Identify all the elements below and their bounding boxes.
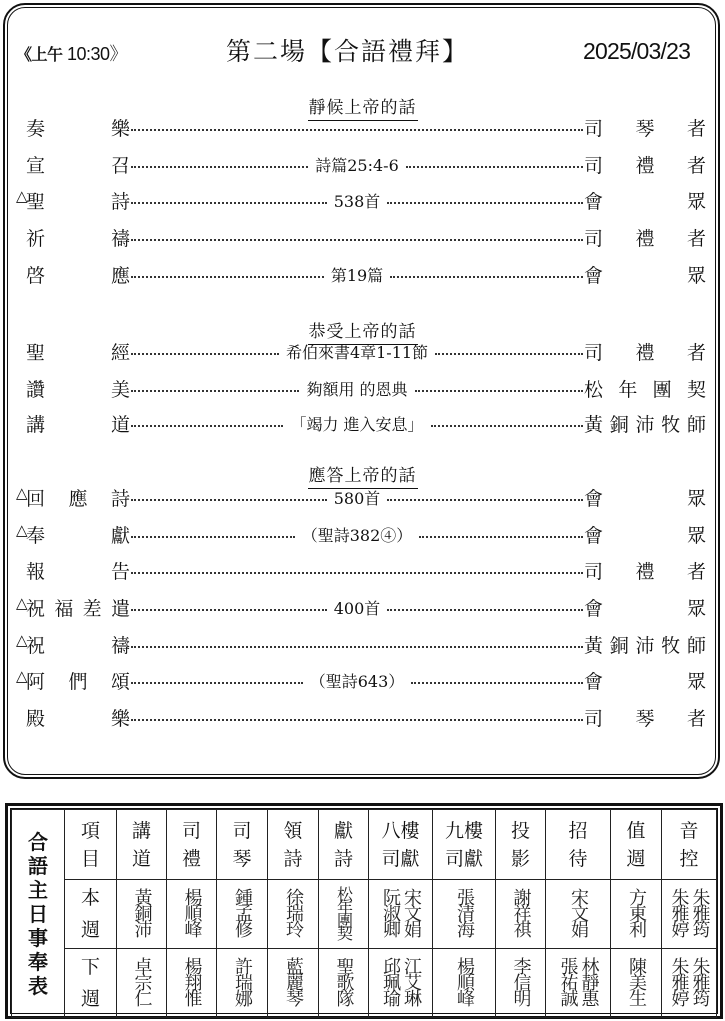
roster-cell: 朱雅筠朱雅婷 (662, 880, 717, 949)
person-name: 松年團契 (336, 886, 352, 938)
person-name: 朱雅筠 (691, 957, 709, 1005)
dot-leader (387, 202, 583, 204)
dot-leader (131, 202, 327, 204)
roster-column-header: 值週 (611, 810, 662, 880)
service-date: 2025/03/23 (583, 38, 690, 65)
person-name: 阮淑卿 (381, 888, 399, 936)
roster-cell: 鍾孟修 (217, 880, 268, 949)
order-item-detail: 第19篇 (325, 263, 389, 286)
roster-cell: 宋文娟阮淑卿 (369, 880, 433, 949)
dot-leader (390, 276, 583, 278)
order-item-detail: 538首 (328, 189, 387, 212)
dot-leader (387, 609, 583, 611)
person-name: 朱雅筠 (691, 888, 709, 936)
roster-column-header: 領詩 (268, 810, 319, 880)
roster-cell: 朱雅筠朱雅婷 (662, 949, 717, 1018)
dot-leader (131, 499, 327, 501)
order-item-role: 會眾 (584, 594, 706, 621)
roster-header-row: 合語主日事奉表項目講道司禮司琴領詩獻詩八樓司獻九樓司獻投影招待值週音控 (12, 810, 717, 880)
roster-cell: 江艾琳邱珮瑜 (369, 949, 433, 1018)
dot-leader (387, 499, 583, 501)
order-item: △聖詩538首會眾 (16, 186, 706, 214)
order-item: △祝福差遣400首會眾 (16, 593, 706, 621)
roster-row-label: 下週 (65, 949, 117, 1018)
roster-cell: 林靜惠張祐誠 (546, 949, 611, 1018)
dot-leader (131, 425, 283, 427)
roster-cell: 聖歌隊 (319, 949, 369, 1018)
roster-cell: 陳美生 (611, 949, 662, 1018)
order-item: △阿們頌（聖詩643）會眾 (16, 666, 706, 694)
order-item: △奉獻（聖詩382④）會眾 (16, 520, 706, 548)
order-item-label: 啓應 (16, 261, 130, 288)
dot-leader (419, 536, 583, 538)
dot-leader (131, 390, 299, 392)
roster-cell: 楊翔惟 (167, 949, 217, 1018)
person-name: 張清海 (455, 888, 473, 936)
person-name: 陳美生 (627, 957, 645, 1005)
person-name: 卓宗仁 (133, 957, 151, 1005)
dot-leader (435, 353, 583, 355)
order-item-role: 司禮者 (584, 224, 706, 251)
roster-cell: 楊順峰 (167, 880, 217, 949)
order-item-label: △阿們頌 (16, 667, 130, 694)
order-item: 讚美夠額用 的恩典松年團契 (16, 374, 706, 402)
order-item: 聖經希伯來書4章1-11節司禮者 (16, 337, 706, 365)
order-item-label: 宣召 (16, 151, 130, 178)
person-name: 林靜惠 (580, 957, 598, 1005)
order-item-detail: 詩篇25:4-6 (309, 153, 405, 176)
order-item-role: 黃銅沛牧師 (584, 631, 706, 658)
dot-leader (131, 719, 583, 721)
dot-leader (411, 682, 583, 684)
roster-cell: 謝祥祺 (496, 880, 546, 949)
person-name: 楊順峰 (183, 888, 201, 936)
roster-column-header: 投影 (496, 810, 546, 880)
order-item-detail: （聖詩382④） (296, 523, 419, 546)
order-item-label: 讚美 (16, 375, 130, 402)
roster-row-this-week: 本週黃銅沛楊順峰鍾孟修徐瑞玲松年團契宋文娟阮淑卿張清海謝祥祺宋文娟方東利朱雅筠朱… (12, 880, 717, 949)
order-item-label: 殿樂 (16, 704, 130, 731)
order-item-role: 司琴者 (584, 114, 706, 141)
roster-title: 合語主日事奉表 (12, 810, 65, 1018)
order-item: △祝禱黃銅沛牧師 (16, 630, 706, 658)
roster-column-header: 音控 (662, 810, 717, 880)
order-item-role: 會眾 (584, 667, 706, 694)
dot-leader (131, 353, 279, 355)
person-name: 李信明 (512, 957, 530, 1005)
roster-table: 合語主日事奉表項目講道司禮司琴領詩獻詩八樓司獻九樓司獻投影招待值週音控本週黃銅沛… (11, 809, 717, 1018)
person-name: 鍾孟修 (233, 888, 251, 936)
dot-leader (415, 390, 583, 392)
dot-leader (406, 166, 583, 168)
ministry-roster: 合語主日事奉表項目講道司禮司琴領詩獻詩八樓司獻九樓司獻投影招待值週音控本週黃銅沛… (5, 803, 723, 1019)
time-value: 10:30》 (63, 44, 128, 64)
order-item-label: 聖經 (16, 338, 130, 365)
order-item: 殿樂司琴者 (16, 703, 706, 731)
order-item-detail: （聖詩643） (304, 669, 411, 692)
roster-column-header: 項目 (65, 810, 117, 880)
dot-leader (131, 239, 583, 241)
roster-column-header: 九樓司獻 (433, 810, 496, 880)
order-item: 講道「竭力 進入安息」黃銅沛牧師 (16, 409, 706, 437)
order-item-detail: 夠額用 的恩典 (300, 377, 413, 400)
dot-leader (131, 536, 295, 538)
dot-leader (431, 425, 583, 427)
person-name: 徐瑞玲 (284, 888, 302, 936)
person-name: 張祐誠 (559, 957, 577, 1005)
person-name: 聖歌隊 (335, 957, 353, 1005)
order-item: 報告司禮者 (16, 556, 706, 584)
order-item-role: 會眾 (584, 261, 706, 288)
order-item-label: △奉獻 (16, 521, 130, 548)
person-name: 宋文娟 (569, 888, 587, 936)
order-item-label: 講道 (16, 410, 130, 437)
roster-cell: 松年團契 (319, 880, 369, 949)
page-title: 第二場【合語禮拜】 (226, 32, 469, 68)
roster-column-header: 司琴 (217, 810, 268, 880)
roster-column-header: 講道 (117, 810, 167, 880)
dot-leader (131, 646, 583, 648)
order-item-role: 會眾 (584, 521, 706, 548)
order-item-role: 黃銅沛牧師 (584, 410, 706, 437)
order-item-role: 會眾 (584, 187, 706, 214)
roster-cell: 張清海 (433, 880, 496, 949)
order-item-label: △祝禱 (16, 631, 130, 658)
person-name: 方東利 (627, 888, 645, 936)
order-item-label: 報告 (16, 557, 130, 584)
roster-row-label: 本週 (65, 880, 117, 949)
order-item-role: 司禮者 (584, 151, 706, 178)
roster-cell: 卓宗仁 (117, 949, 167, 1018)
order-item: 祈禱司禮者 (16, 223, 706, 251)
order-item-label: 奏樂 (16, 114, 130, 141)
order-item-role: 司琴者 (584, 704, 706, 731)
person-name: 宋文娟 (402, 888, 420, 936)
roster-cell: 徐瑞玲 (268, 880, 319, 949)
order-item-detail: 400首 (328, 596, 387, 619)
roster-column-header: 獻詩 (319, 810, 369, 880)
roster-cell: 宋文娟 (546, 880, 611, 949)
roster-column-header: 招待 (546, 810, 611, 880)
order-item-label: △聖詩 (16, 187, 130, 214)
order-item: 啓應第19篇會眾 (16, 260, 706, 288)
person-name: 朱雅婷 (670, 957, 688, 1005)
person-name: 藍麗琴 (284, 957, 302, 1005)
time-prefix: 《上午 (16, 45, 63, 64)
person-name: 謝祥祺 (512, 888, 530, 936)
person-name: 江艾琳 (402, 957, 420, 1005)
roster-cell: 方東利 (611, 880, 662, 949)
order-item-detail: 希伯來書4章1-11節 (280, 340, 434, 363)
order-item: △回應詩580首會眾 (16, 483, 706, 511)
roster-row-next-week: 下週卓宗仁楊翔惟許瑞娜藍麗琴聖歌隊江艾琳邱珮瑜楊順峰李信明林靜惠張祐誠陳美生朱雅… (12, 949, 717, 1018)
person-name: 朱雅婷 (670, 888, 688, 936)
dot-leader (131, 572, 583, 574)
order-item-label: △祝福差遣 (16, 594, 130, 621)
service-time: 《上午 10:30》 (16, 40, 127, 66)
roster-cell: 藍麗琴 (268, 949, 319, 1018)
order-item-role: 司禮者 (584, 557, 706, 584)
person-name: 邱珮瑜 (381, 957, 399, 1005)
order-item-role: 司禮者 (584, 338, 706, 365)
order-item-label: 祈禱 (16, 224, 130, 251)
dot-leader (131, 166, 308, 168)
roster-cell: 李信明 (496, 949, 546, 1018)
roster-column-header: 八樓司獻 (369, 810, 433, 880)
order-item: 宣召詩篇25:4-6司禮者 (16, 150, 706, 178)
person-name: 許瑞娜 (233, 957, 251, 1005)
person-name: 黃銅沛 (133, 888, 151, 936)
order-item-label: △回應詩 (16, 484, 130, 511)
order-item-role: 松年團契 (584, 375, 706, 402)
order-item-detail: 580首 (328, 486, 387, 509)
roster-column-header: 司禮 (167, 810, 217, 880)
roster-cell: 許瑞娜 (217, 949, 268, 1018)
dot-leader (131, 129, 583, 131)
dot-leader (131, 682, 303, 684)
roster-cell: 黃銅沛 (117, 880, 167, 949)
roster-cell: 楊順峰 (433, 949, 496, 1018)
order-item-detail: 「竭力 進入安息」 (284, 412, 429, 435)
order-item-role: 會眾 (584, 484, 706, 511)
dot-leader (131, 609, 327, 611)
person-name: 楊翔惟 (183, 957, 201, 1005)
dot-leader (131, 276, 324, 278)
person-name: 楊順峰 (455, 957, 473, 1005)
order-item: 奏樂司琴者 (16, 113, 706, 141)
